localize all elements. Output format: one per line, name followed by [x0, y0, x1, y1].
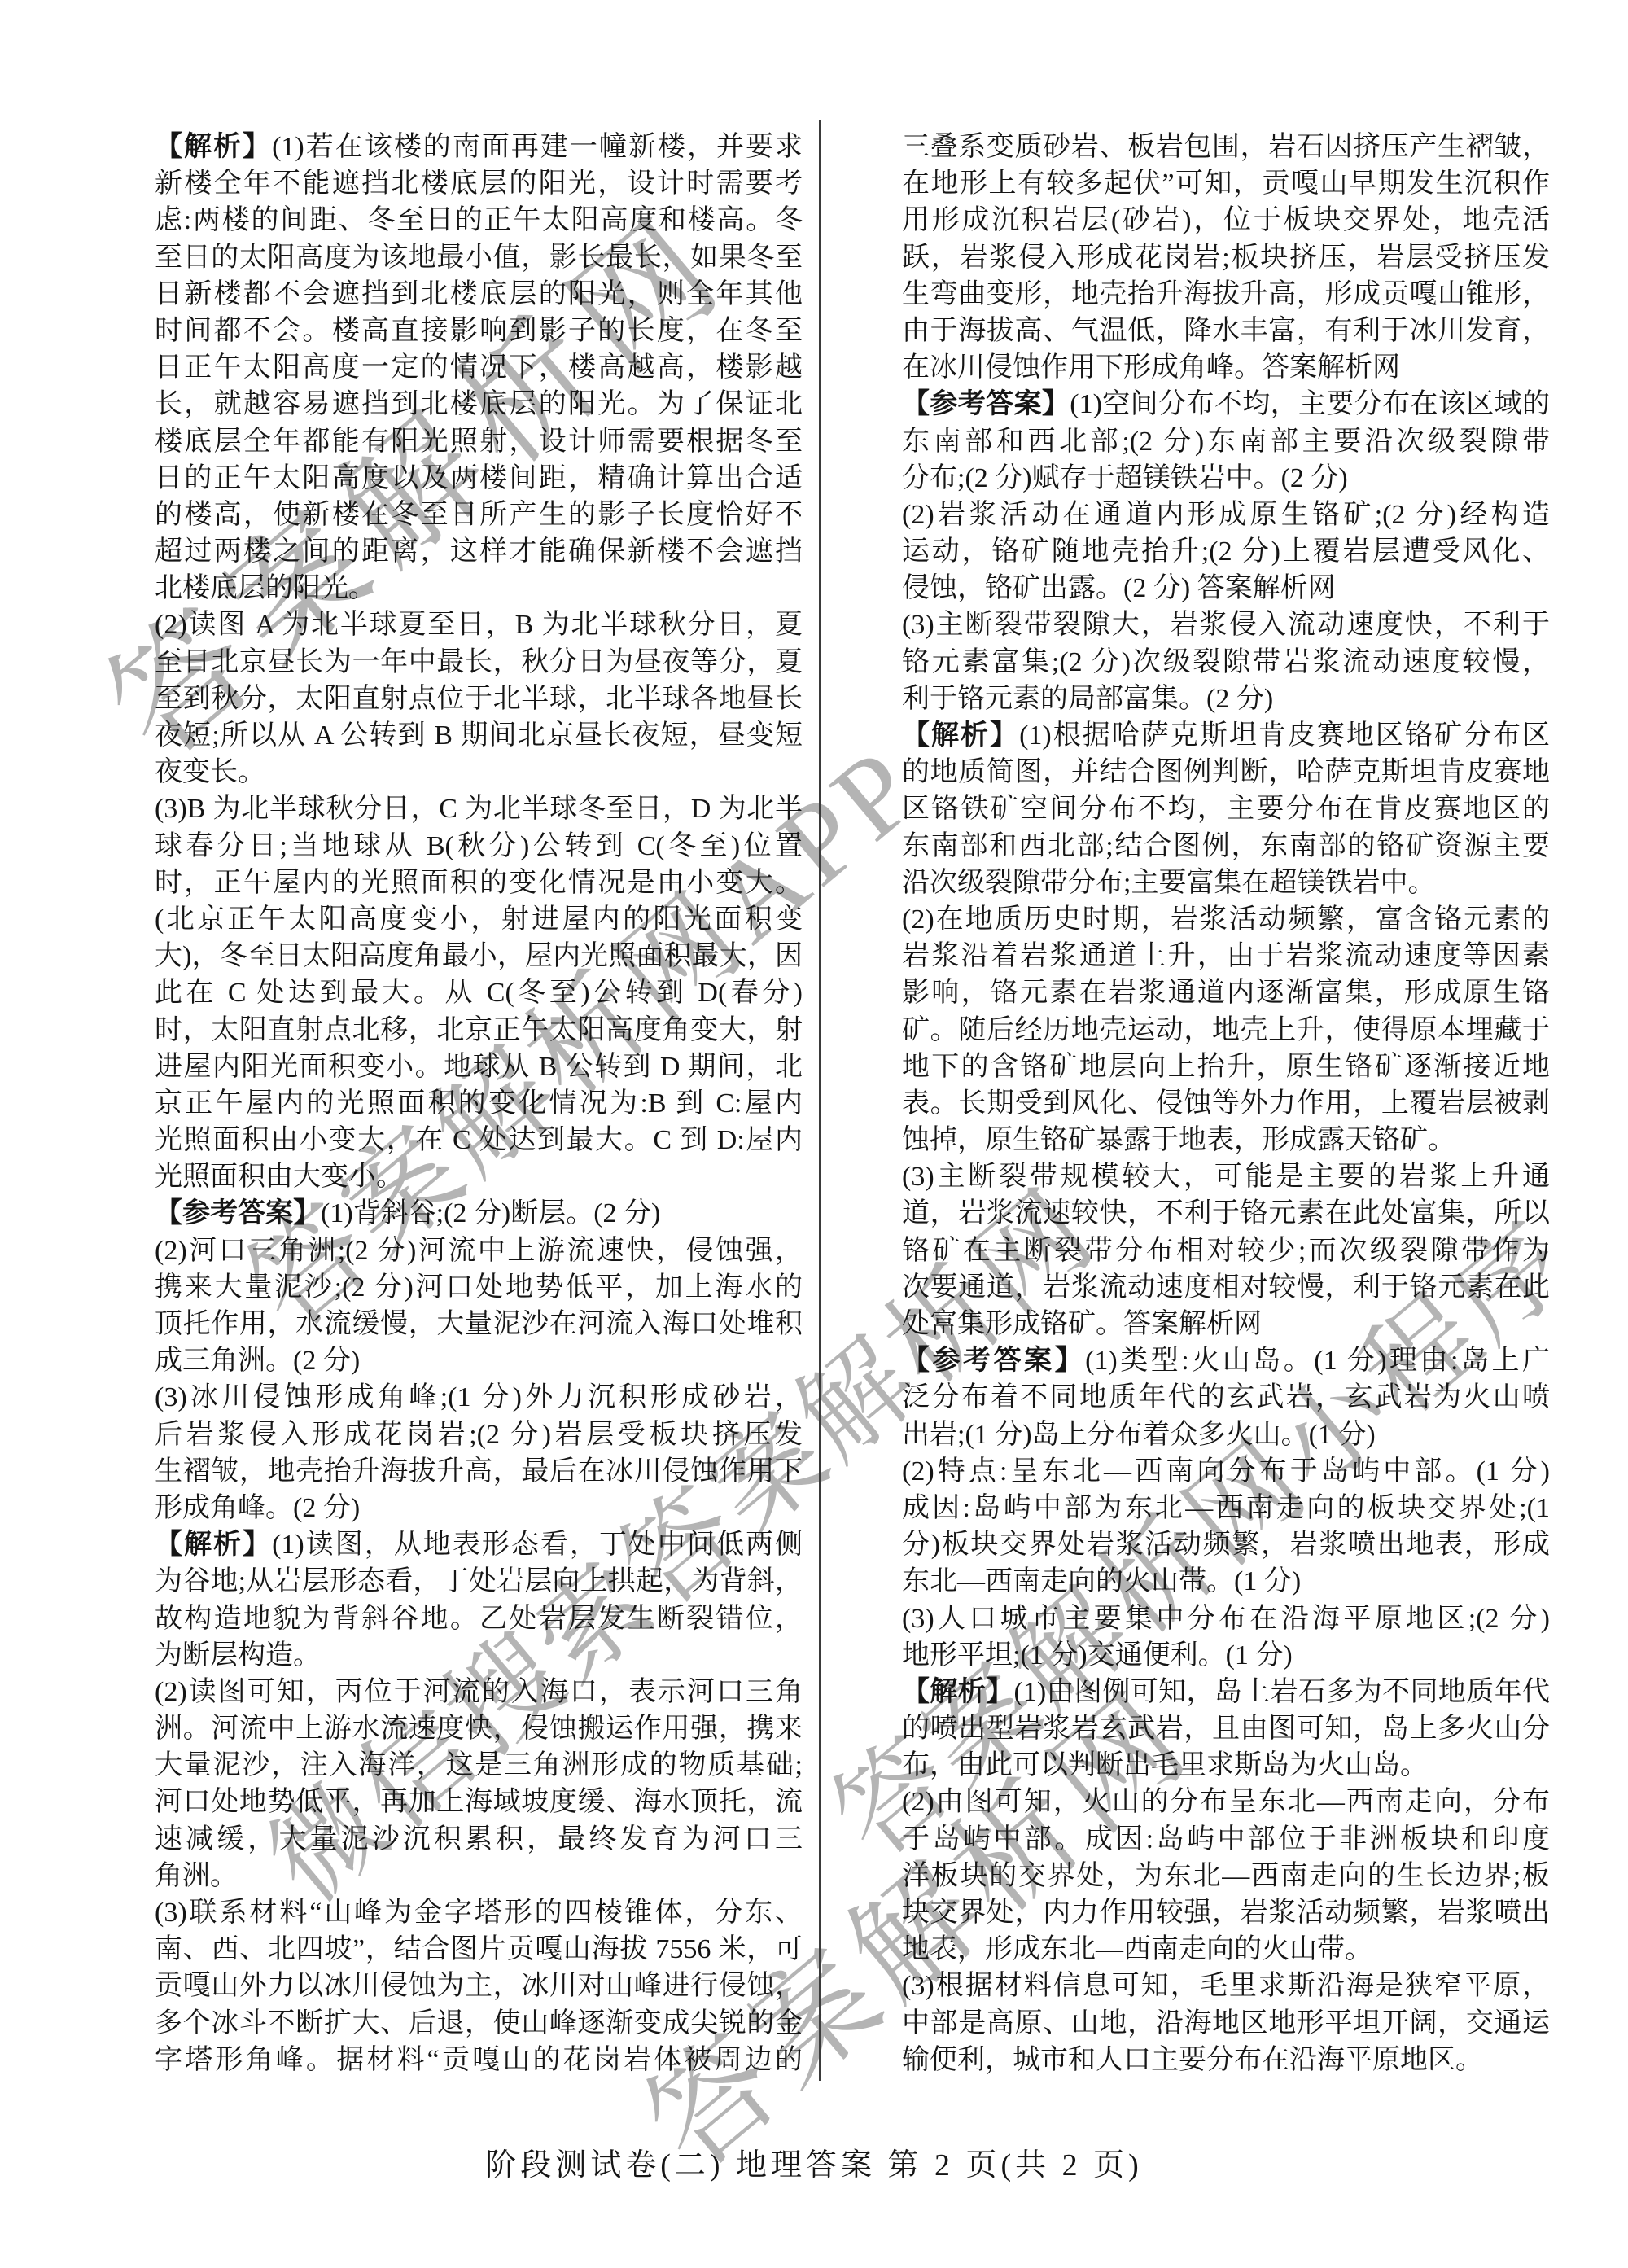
text-line: 生弯曲变形，地壳抬升海拔升高，形成贡嘎山锥形，	[902, 276, 1550, 313]
text-line: 大量泥沙，注入海洋，这是三角洲形成的物质基础;	[155, 1747, 803, 1784]
text-line: 道，岩浆流速较快，不利于铬元素在此处富集，所以	[902, 1195, 1550, 1232]
text-line: (北京正午太阳高度变小，射进屋内的阳光面积变	[155, 901, 803, 938]
text-line: 超过两楼之间的距离，这样才能确保新楼不会遮挡	[155, 533, 803, 570]
text-line: 时，正午屋内的光照面积的变化情况是由小变大。	[155, 865, 803, 901]
text-line: 矿。随后经历地壳运动，地壳上升，使得原本埋藏于	[902, 1012, 1550, 1049]
text-line: 次要通道，岩浆流动速度相对较慢，利于铬元素在此	[902, 1269, 1550, 1306]
text-line: 侵蚀，铬矿出露。(2 分) 答案解析网	[902, 570, 1550, 606]
text-line: 形成角峰。(2 分)	[155, 1490, 803, 1526]
text-line: 至到秋分，太阳直射点位于北半球，北半球各地昼长	[155, 681, 803, 717]
text-line: 19.【参考答案】(1)类型:火山岛。(1 分)理由:岛上广	[902, 1342, 1550, 1379]
answer-label: 【解析】	[902, 1677, 1014, 1707]
text-line: 顶托作用，水流缓慢，大量泥沙在河流入海口处堆积	[155, 1306, 803, 1342]
text-line: 沿次级裂隙带分布;主要富集在超镁铁岩中。	[902, 865, 1550, 901]
text-line: 字塔形角峰。据材料“贡嘎山的花岗岩体被周边的	[155, 2042, 803, 2078]
text-line: 在地形上有较多起伏”可知，贡嘎山早期发生沉积作	[902, 165, 1550, 202]
text-line: 洋板块的交界处，为东北—西南走向的生长边界;板	[902, 1858, 1550, 1894]
answer-label: 【参考答案】	[902, 389, 1070, 419]
text-line: 铬元素富集;(2 分)次级裂隙带岩浆流动速度较慢，	[902, 644, 1550, 681]
text-line: 处富集形成铬矿。答案解析网	[902, 1306, 1550, 1342]
answer-label: 【解析】	[902, 720, 1019, 751]
text-line: 影响，铬元素在岩浆通道内逐渐富集，形成原生铬	[902, 974, 1550, 1011]
text-line: 日新楼都不会遮挡到北楼底层的阳光，则全年其他	[155, 276, 803, 313]
text-line: 的喷出型岩浆岩玄武岩，且由图可知，岛上多火山分	[902, 1710, 1550, 1747]
text-line: (2)河口三角洲;(2 分)河流中上游流速快，侵蚀强，	[155, 1233, 803, 1269]
text-line: 于岛屿中部。成因:岛屿中部位于非洲板块和印度	[902, 1821, 1550, 1858]
text-line: 进屋内阳光面积变小。地球从 B 公转到 D 期间，北	[155, 1049, 803, 1085]
text-line: 夜变长。	[155, 754, 803, 790]
text-line: 布，由此可以判断出毛里求斯岛为火山岛。	[902, 1747, 1550, 1784]
text-line: (2)读图可知，丙位于河流的入海口，表示河口三角	[155, 1674, 803, 1710]
text-line: 铬矿在主断裂带分布相对较少;而次级裂隙带作为	[902, 1233, 1550, 1269]
text-line: 【解析】(1)若在该楼的南面再建一幢新楼，并要求	[155, 129, 803, 165]
text-line: 此在 C 处达到最大。从 C(冬至)公转到 D(春分)	[155, 974, 803, 1011]
text-line: 【解析】(1)由图例可知，岛上岩石多为不同地质年代	[902, 1674, 1550, 1710]
text-line: 时间都不会。楼高直接影响到影子的长度，在冬至	[155, 313, 803, 349]
text-line: 输便利，城市和人口主要分布在沿海平原地区。	[902, 2042, 1550, 2078]
column-divider	[819, 120, 821, 2081]
text-line: 长，就越容易遮挡到北楼底层的阳光。为了保证北	[155, 386, 803, 423]
text-line: 东北—西南走向的火山带。(1 分)	[902, 1563, 1550, 1600]
text-line: 地下的含铬矿地层向上抬升，原生铬矿逐渐接近地	[902, 1049, 1550, 1085]
text-line: 携来大量泥沙;(2 分)河口处地势低平，加上海水的	[155, 1269, 803, 1306]
text-line: 贡嘎山外力以冰川侵蚀为主，冰川对山峰进行侵蚀，	[155, 1968, 803, 2004]
text-line: (2)特点:呈东北—西南向分布于岛屿中部。(1 分)	[902, 1453, 1550, 1490]
text-line: (3)冰川侵蚀形成角峰;(1 分)外力沉积形成砂岩，	[155, 1379, 803, 1416]
answer-sheet-page: 答案解析网答案解析网APP微信搜索答案解析网答案解析网小程序答案解析网 【解析】…	[0, 0, 1628, 2268]
text-line: 多个冰斗不断扩大、后退，使山峰逐渐变成尖锐的金	[155, 2005, 803, 2042]
text-line: 18.【参考答案】(1)空间分布不均，主要分布在该区域的	[902, 386, 1550, 423]
text-line: (3)B 为北半球秋分日，C 为北半球冬至日，D 为北半	[155, 790, 803, 827]
text-line: 生褶皱，地壳抬升海拔升高，最后在冰川侵蚀作用下	[155, 1453, 803, 1490]
text-line: 南、西、北四坡”，结合图片贡嘎山海拔 7556 米，可知	[155, 1931, 803, 1968]
text-line: 在冰川侵蚀作用下形成角峰。答案解析网	[902, 349, 1550, 386]
text-line: 河口处地势低平，再加上海域坡度缓、海水顶托，流	[155, 1784, 803, 1820]
text-line: (2)岩浆活动在通道内形成原生铬矿;(2 分)经构造	[902, 497, 1550, 533]
text-line: 时，太阳直射点北移，北京正午太阳高度角变大，射	[155, 1012, 803, 1049]
text-line: 块交界处，内力作用较强，岩浆活动频繁，岩浆喷出	[902, 1894, 1550, 1931]
text-line: (3)主断裂带裂隙大，岩浆侵入流动速度快，不利于	[902, 606, 1550, 643]
right-column: 三叠系变质砂岩、板岩包围，岩石因挤压产生褶皱，在地形上有较多起伏”可知，贡嘎山早…	[902, 129, 1550, 2078]
text-line: 后岩浆侵入形成花岗岩;(2 分)岩层受板块挤压发	[155, 1416, 803, 1453]
left-column: 【解析】(1)若在该楼的南面再建一幢新楼，并要求新楼全年不能遮挡北楼底层的阳光，…	[155, 129, 803, 2078]
text-line: 的楼高，使新楼在冬至日所产生的影子长度恰好不	[155, 497, 803, 533]
text-line: 光照面积由大变小。	[155, 1158, 803, 1195]
text-line: 光照面积由小变大，在 C 处达到最大。C 到 D:屋内	[155, 1122, 803, 1158]
text-line: 东南部和西北部;(2 分)东南部主要沿次级裂隙带	[902, 423, 1550, 460]
text-line: 球春分日;当地球从 B(秋分)公转到 C(冬至)位置	[155, 828, 803, 865]
text-line: 利于铬元素的局部富集。(2 分)	[902, 681, 1550, 717]
text-line: 成三角洲。(2 分)	[155, 1342, 803, 1379]
text-line: 17.【参考答案】(1)背斜谷;(2 分)断层。(2 分)	[155, 1195, 803, 1232]
text-line: (2)由图可知，火山的分布呈东北—西南走向，分布	[902, 1784, 1550, 1820]
text-line: 跃，岩浆侵入形成花岗岩;板块挤压，岩层受挤压发	[902, 239, 1550, 276]
text-line: 地表，形成东北—西南走向的火山带。	[902, 1931, 1550, 1968]
page-footer: 阶段测试卷(二) 地理答案 第 2 页(共 2 页)	[0, 2139, 1628, 2184]
text-line: (2)在地质历史时期，岩浆活动频繁，富含铬元素的	[902, 901, 1550, 938]
text-line: 夜短;所以从 A 公转到 B 期间北京昼长夜短，昼变短	[155, 717, 803, 754]
answer-label: 【解析】	[155, 132, 272, 162]
text-line: 楼底层全年都能有阳光照射，设计师需要根据冬至	[155, 423, 803, 460]
text-line: 为谷地;从岩层形态看，丁处岩层向上拱起，为背斜，	[155, 1563, 803, 1600]
text-line: 【解析】(1)读图，从地表形态看，丁处中间低两侧高，	[155, 1526, 803, 1563]
text-line: 蚀掉，原生铬矿暴露于地表，形成露天铬矿。	[902, 1122, 1550, 1158]
text-line: 虑:两楼的间距、冬至日的正午太阳高度和楼高。冬	[155, 202, 803, 239]
text-line: 新楼全年不能遮挡北楼底层的阳光，设计时需要考	[155, 165, 803, 202]
text-line: 为断层构造。	[155, 1637, 803, 1674]
text-line: 【解析】(1)根据哈萨克斯坦肯皮赛地区铬矿分布区	[902, 717, 1550, 754]
text-line: 成因:岛屿中部为东北—西南走向的板块交界处;(1	[902, 1490, 1550, 1526]
text-line: 京正午屋内的光照面积的变化情况为:B 到 C:屋内	[155, 1085, 803, 1122]
text-line: 大)，冬至日太阳高度角最小，屋内光照面积最大，因	[155, 938, 803, 974]
text-line: 日正午太阳高度一定的情况下，楼高越高，楼影越	[155, 349, 803, 386]
text-line: 分)板块交界处岩浆活动频繁，岩浆喷出地表，形成	[902, 1526, 1550, 1563]
text-line: 至日的太阳高度为该地最小值，影长最长，如果冬至	[155, 239, 803, 276]
answer-label: 【解析】	[155, 1530, 272, 1560]
text-line: (2)读图 A 为北半球夏至日，B 为北半球秋分日，夏	[155, 606, 803, 643]
text-line: (3)人口城市主要集中分布在沿海平原地区;(2 分)	[902, 1600, 1550, 1637]
answer-label: 【参考答案】	[902, 1346, 1085, 1376]
text-line: 表。长期受到风化、侵蚀等外力作用，上覆岩层被剥	[902, 1085, 1550, 1122]
text-line: 角洲。	[155, 1858, 803, 1894]
text-line: 洲。河流中上游水流速度快，侵蚀搬运作用强，携来	[155, 1710, 803, 1747]
text-line: 日的正午太阳高度以及两楼间距，精确计算出合适	[155, 460, 803, 497]
text-line: 速减缓，大量泥沙沉积累积，最终发育为河口三	[155, 1821, 803, 1858]
text-line: 北楼底层的阳光。	[155, 570, 803, 606]
text-line: 中部是高原、山地，沿海地区地形平坦开阔，交通运	[902, 2005, 1550, 2042]
text-line: 运动，铬矿随地壳抬升;(2 分)上覆岩层遭受风化、	[902, 533, 1550, 570]
text-line: 故构造地貌为背斜谷地。乙处岩层发生断裂错位，	[155, 1600, 803, 1637]
answer-label: 【参考答案】	[155, 1198, 321, 1228]
text-line: 至日北京昼长为一年中最长，秋分日为昼夜等分，夏	[155, 644, 803, 681]
text-line: 出岩;(1 分)岛上分布着众多火山。(1 分)	[902, 1416, 1550, 1453]
text-line: 泛分布着不同地质年代的玄武岩，玄武岩为火山喷	[902, 1379, 1550, 1416]
text-line: 的地质简图，并结合图例判断，哈萨克斯坦肯皮赛地	[902, 754, 1550, 790]
text-line: 岩浆沿着岩浆通道上升，由于岩浆流动速度等因素	[902, 938, 1550, 974]
text-line: 东南部和西北部;结合图例，东南部的铬矿资源主要	[902, 828, 1550, 865]
text-line: 三叠系变质砂岩、板岩包围，岩石因挤压产生褶皱，	[902, 129, 1550, 165]
text-line: (3)主断裂带规模较大，可能是主要的岩浆上升通	[902, 1158, 1550, 1195]
text-line: 分布;(2 分)赋存于超镁铁岩中。(2 分)	[902, 460, 1550, 497]
text-line: 用形成沉积岩层(砂岩)，位于板块交界处，地壳活	[902, 202, 1550, 239]
text-line: (3)根据材料信息可知，毛里求斯沿海是狭窄平原，	[902, 1968, 1550, 2004]
text-line: 地形平坦;(1 分)交通便利。(1 分)	[902, 1637, 1550, 1674]
text-line: (3)联系材料“山峰为金字塔形的四棱锥体，分东、	[155, 1894, 803, 1931]
text-line: 由于海拔高、气温低，降水丰富，有利于冰川发育，再	[902, 313, 1550, 349]
text-line: 区铬铁矿空间分布不均，主要分布在肯皮赛地区的	[902, 790, 1550, 827]
